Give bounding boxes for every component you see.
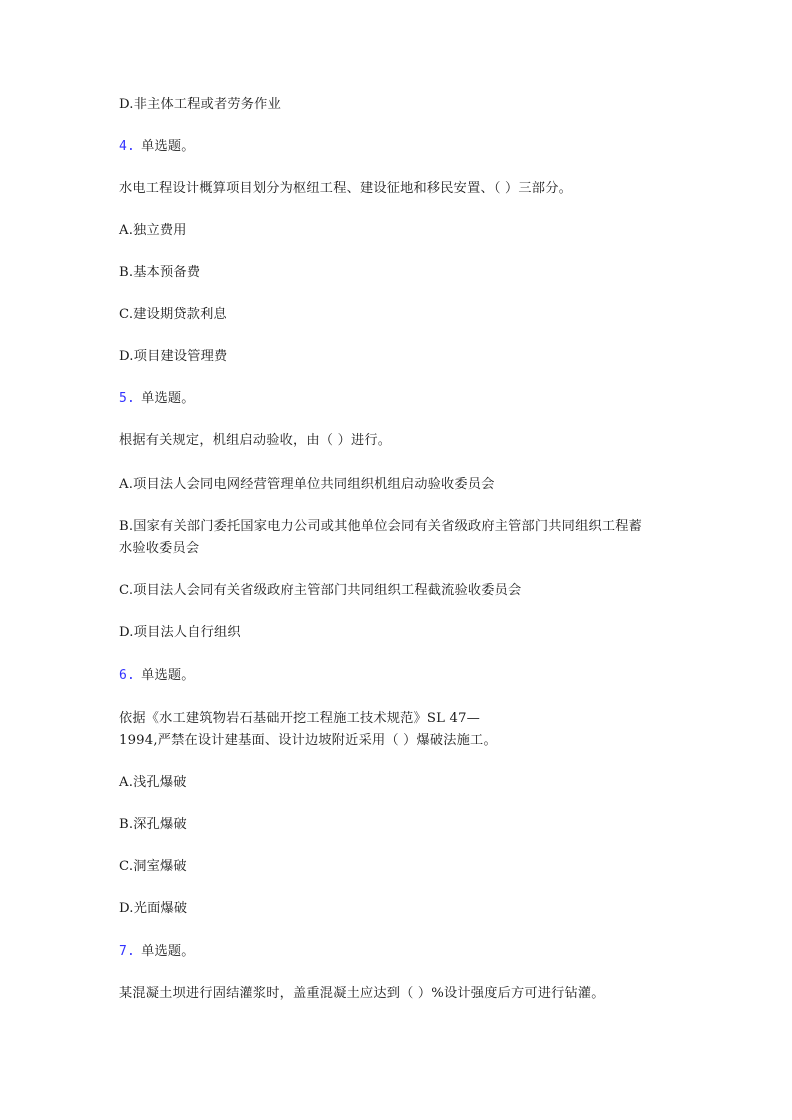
q4-option-d: D.项目建设管理费 xyxy=(119,347,227,367)
document-page: D.非主体工程或者劳务作业 4.单选题。 水电工程设计概算项目划分为枢纽工程、建… xyxy=(0,0,792,1120)
q6-option-c: C.洞室爆破 xyxy=(119,857,187,877)
q5-option-b: B.国家有关部门委托国家电力公司或其他单位会同有关省级政府主管部门共同组织工程蓄 xyxy=(119,517,642,537)
q4-stem: 水电工程设计概算项目划分为枢纽工程、建设征地和移民安置、（ ）三部分。 xyxy=(119,179,572,199)
q6-type: 单选题。 xyxy=(141,668,195,683)
q4-header: 4.单选题。 xyxy=(119,137,195,157)
q6-option-a: A.浅孔爆破 xyxy=(119,773,187,793)
q7-header: 7.单选题。 xyxy=(119,942,195,962)
q7-stem: 某混凝土坝进行固结灌浆时，盖重混凝土应达到（ ）%设计强度后方可进行钻灌。 xyxy=(119,984,605,1004)
q6-stem-line2: 1994,严禁在设计建基面、设计边坡附近采用（ ）爆破法施工。 xyxy=(119,731,497,751)
q7-type: 单选题。 xyxy=(141,944,195,959)
q5-number: 5. xyxy=(119,391,135,406)
q4-option-b: B.基本预备费 xyxy=(119,263,200,283)
q6-number: 6. xyxy=(119,668,135,683)
q5-header: 5.单选题。 xyxy=(119,389,195,409)
q4-number: 4. xyxy=(119,139,135,154)
q6-option-d: D.光面爆破 xyxy=(119,899,187,919)
q5-option-d: D.项目法人自行组织 xyxy=(119,623,241,643)
q4-option-c: C.建设期贷款利息 xyxy=(119,305,227,325)
q6-option-b: B.深孔爆破 xyxy=(119,815,187,835)
q5-option-c: C.项目法人会同有关省级政府主管部门共同组织工程截流验收委员会 xyxy=(119,581,521,601)
q3-option-d: D.非主体工程或者劳务作业 xyxy=(119,95,281,115)
q7-number: 7. xyxy=(119,944,135,959)
q5-option-b-continued: 水验收委员会 xyxy=(119,539,199,559)
q6-header: 6.单选题。 xyxy=(119,666,195,686)
q5-stem: 根据有关规定，机组启动验收，由（ ）进行。 xyxy=(119,431,391,451)
q6-stem-line1: 依据《水工建筑物岩石基础开挖工程施工技术规范》SL 47— xyxy=(119,709,480,729)
q5-type: 单选题。 xyxy=(141,391,195,406)
q4-type: 单选题。 xyxy=(141,139,195,154)
q5-option-a: A.项目法人会同电网经营管理单位共同组织机组启动验收委员会 xyxy=(119,475,495,495)
q4-option-a: A.独立费用 xyxy=(119,221,187,241)
